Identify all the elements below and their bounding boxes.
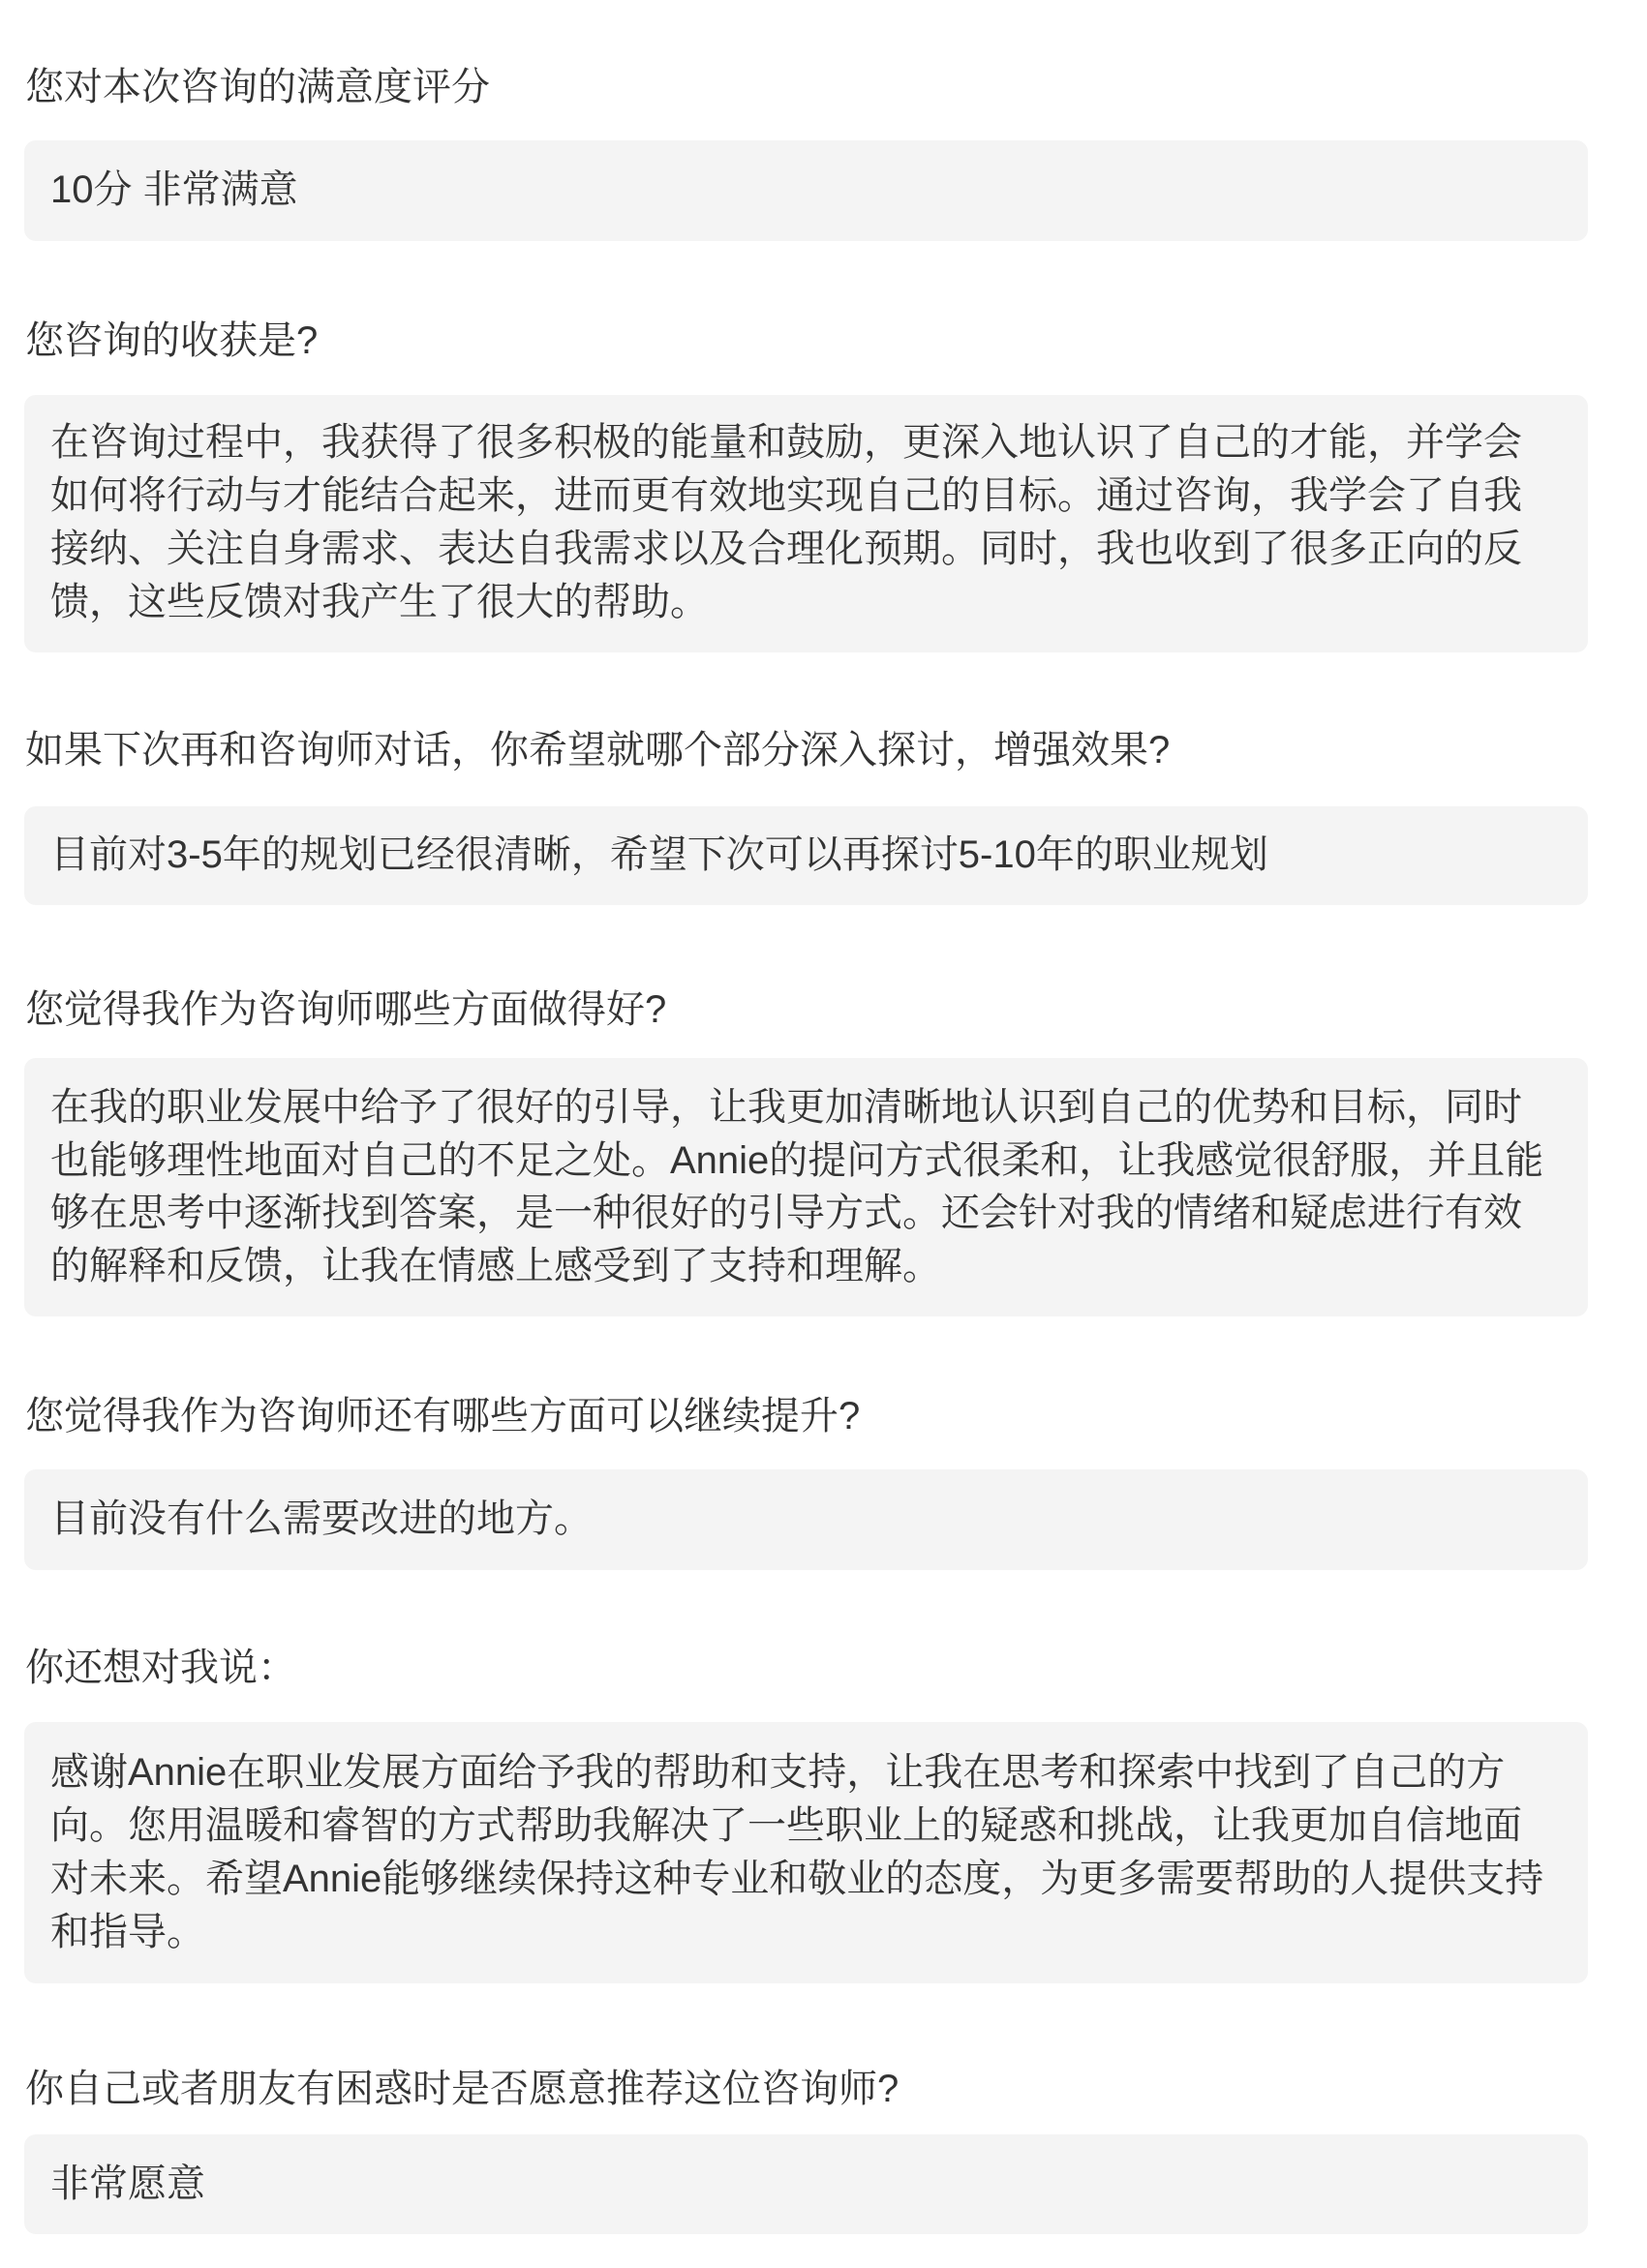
answer-text: 目前没有什么需要改进的地方。 xyxy=(50,1493,593,1546)
answer-text-line: 感谢Annie在职业发展方面给予我的帮助和支持，让我在思考和探索中找到了自己的方 xyxy=(50,1746,1505,1799)
question-label-message: 你还想对我说： xyxy=(25,1641,296,1695)
answer-box-recommend: 非常愿意 xyxy=(24,2134,1588,2234)
question-label-next-topic: 如果下次再和咨询师对话，你希望就哪个部分深入探讨，增强效果? xyxy=(25,723,1170,777)
answer-box-strengths: 在我的职业发展中给予了很好的引导，让我更加清晰地认识到自己的优势和目标，同时 也… xyxy=(24,1058,1588,1316)
answer-box-satisfaction: 10分 非常满意 xyxy=(24,140,1588,241)
answer-box-gains: 在咨询过程中，我获得了很多积极的能量和鼓励，更深入地认识了自己的才能，并学会 如… xyxy=(24,395,1588,652)
answer-text: 目前对3-5年的规划已经很清晰，希望下次可以再探讨5-10年的职业规划 xyxy=(50,829,1268,882)
answer-text-line: 在咨询过程中，我获得了很多积极的能量和鼓励，更深入地认识了自己的才能，并学会 xyxy=(50,416,1522,469)
answer-box-improvements: 目前没有什么需要改进的地方。 xyxy=(24,1469,1588,1570)
question-label-strengths: 您觉得我作为咨询师哪些方面做得好? xyxy=(25,983,666,1037)
answer-text-line: 接纳、关注自身需求、表达自我需求以及合理化预期。同时，我也收到了很多正向的反 xyxy=(50,523,1522,576)
answer-text-line: 够在思考中逐渐找到答案，是一种很好的引导方式。还会针对我的情绪和疑虑进行有效 xyxy=(50,1187,1522,1240)
answer-text-line: 的解释和反馈，让我在情感上感受到了支持和理解。 xyxy=(50,1240,941,1293)
answer-box-next-topic: 目前对3-5年的规划已经很清晰，希望下次可以再探讨5-10年的职业规划 xyxy=(24,806,1588,905)
answer-text-line: 和指导。 xyxy=(50,1906,205,1959)
answer-text-line: 在我的职业发展中给予了很好的引导，让我更加清晰地认识到自己的优势和目标，同时 xyxy=(50,1081,1522,1134)
question-label-satisfaction: 您对本次咨询的满意度评分 xyxy=(25,60,490,114)
answer-text-line: 向。您用温暖和睿智的方式帮助我解决了一些职业上的疑惑和挑战，让我更加自信地面 xyxy=(50,1799,1522,1853)
question-label-improvements: 您觉得我作为咨询师还有哪些方面可以继续提升? xyxy=(25,1389,860,1443)
answer-text-line: 也能够理性地面对自己的不足之处。Annie的提问方式很柔和，让我感觉很舒服，并且… xyxy=(50,1134,1543,1188)
answer-box-message: 感谢Annie在职业发展方面给予我的帮助和支持，让我在思考和探索中找到了自己的方… xyxy=(24,1722,1588,1983)
answer-text-line: 如何将行动与才能结合起来，进而更有效地实现自己的目标。通过咨询，我学会了自我 xyxy=(50,469,1522,523)
answer-text-line: 对未来。希望Annie能够继续保持这种专业和敬业的态度，为更多需要帮助的人提供支… xyxy=(50,1853,1543,1906)
answer-text: 非常愿意 xyxy=(50,2158,205,2211)
answer-text-line: 馈，这些反馈对我产生了很大的帮助。 xyxy=(50,576,709,629)
question-label-gains: 您咨询的收获是? xyxy=(25,314,318,368)
question-label-recommend: 你自己或者朋友有困惑时是否愿意推荐这位咨询师? xyxy=(25,2062,899,2116)
answer-text: 10分 非常满意 xyxy=(50,164,298,217)
